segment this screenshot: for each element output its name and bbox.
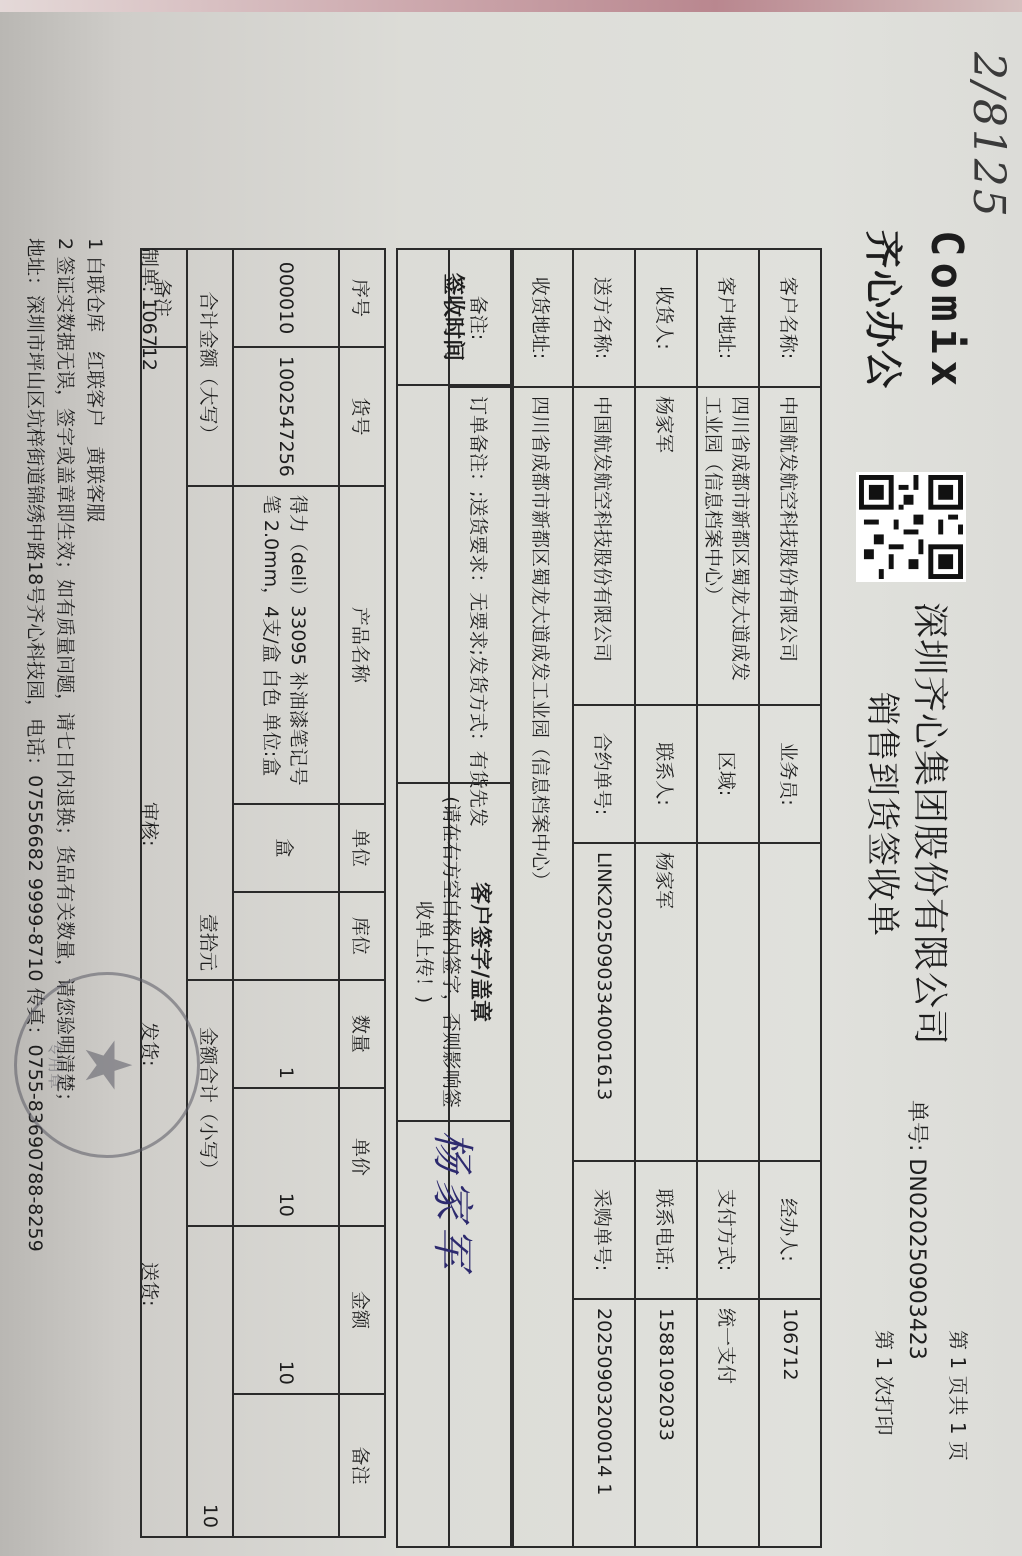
region xyxy=(697,843,759,1161)
maker: 制单: 106712 xyxy=(137,248,164,371)
row-seq: 000010 xyxy=(233,249,339,347)
company-name: 深圳齐心集团股份有限公司 xyxy=(907,602,958,1046)
maker-value: 106712 xyxy=(138,298,160,371)
logo-cn: 齐心办公 xyxy=(859,230,914,390)
company-stamp: ★ 专用章 xyxy=(14,972,200,1158)
handler-label: 经办人: xyxy=(759,1161,821,1299)
handwritten-note: 2/8125 xyxy=(963,52,1014,219)
remarks-row: 备注 xyxy=(141,249,187,1537)
contact-label: 联系人: xyxy=(635,705,697,843)
total-lower: 10 xyxy=(187,1226,233,1537)
row-note xyxy=(233,1394,339,1537)
table-header: 序号 货号 产品名称 单位 库位 数量 单价 金额 备注 xyxy=(339,249,385,1537)
total-upper-label: 合计金额（大写） xyxy=(187,249,233,486)
page-info: 第 1 页共 1 页 xyxy=(945,1330,974,1461)
doc-no-value: DN020250903423 xyxy=(904,1158,929,1359)
logo-comix: Comix xyxy=(921,230,972,392)
col-qty: 数量 xyxy=(339,980,385,1088)
print-count: 第 1 次打印 xyxy=(871,1330,900,1435)
contact: 杨家军 xyxy=(635,843,697,1161)
audit-label: 审核: xyxy=(137,802,164,846)
signature-table: 签收时间 客户签字/盖章 (请在右方空白格内签字，否则影响签收单上传！) 杨家军 xyxy=(396,248,514,1548)
receiver-label: 收货人: xyxy=(635,249,697,387)
sign-hint-title: 客户签字/盖章 xyxy=(467,792,498,1112)
row-amount: 10 xyxy=(233,1226,339,1394)
salesman-label: 业务员: xyxy=(759,705,821,843)
star-icon: ★ xyxy=(70,1036,144,1093)
row-qty: 1 xyxy=(233,980,339,1088)
remarks-value xyxy=(141,347,187,1537)
contract-number: LINK20250903340001613 xyxy=(573,843,635,1161)
table-row: 000010 1002547256 得力（deli）33095 补油漆笔记号笔 … xyxy=(233,249,339,1537)
col-name: 产品名称 xyxy=(339,486,385,804)
row-price: 10 xyxy=(233,1088,339,1226)
sender-label: 送方名称: xyxy=(573,249,635,387)
col-sku: 货号 xyxy=(339,347,385,486)
col-price: 单价 xyxy=(339,1088,385,1226)
sign-hint-body: (请在右方空白格内签字，否则影响签收单上传！) xyxy=(414,796,463,1107)
col-location: 库位 xyxy=(339,892,385,980)
maker-label: 制单: xyxy=(138,248,160,292)
receiver: 杨家军 xyxy=(635,387,697,705)
purchase-label: 采购单号: xyxy=(573,1161,635,1299)
document-title: 销售到货签收单 xyxy=(861,692,910,937)
payment-method: 统一支付 xyxy=(697,1299,759,1547)
delivery-receipt-page: 2/8125 Comix 齐心办公 深圳齐心集团股份有限公司 销售到货签收单 第… xyxy=(0,12,1022,1556)
document-number: 单号: DN020250903423 xyxy=(903,1100,934,1360)
delivery-label: 送货: xyxy=(137,1262,164,1306)
col-amount: 金额 xyxy=(339,1226,385,1394)
items-table: 序号 货号 产品名称 单位 库位 数量 单价 金额 备注 000010 1002… xyxy=(140,248,386,1538)
customer-name-label: 客户名称: xyxy=(759,249,821,387)
qr-code-icon xyxy=(856,472,966,582)
sign-time-label: 签收时间 xyxy=(397,249,513,385)
totals-row: 合计金额（大写） 壹拾元 金额合计（小写） 10 xyxy=(187,249,233,1537)
salesman xyxy=(759,843,821,1161)
sender: 中国航发航空科技股份有限公司 xyxy=(573,387,635,705)
phone-label: 联系电话: xyxy=(635,1161,697,1299)
sign-time-field[interactable] xyxy=(397,385,513,783)
signature-field[interactable]: 杨家军 xyxy=(397,1121,513,1547)
total-upper: 壹拾元 xyxy=(187,486,233,980)
region-label: 区域: xyxy=(697,705,759,843)
customer-name: 中国航发航空科技股份有限公司 xyxy=(759,387,821,705)
copy-distribution-note: 1 白联仓库 红联客户 黄联客服 xyxy=(83,238,110,522)
shipping-address: 四川省成都市新都区蜀龙大道成发工业园（信息档案中心） xyxy=(511,387,573,1547)
col-unit: 单位 xyxy=(339,804,385,892)
contract-label: 合约单号: xyxy=(573,705,635,843)
row-unit: 盒 xyxy=(233,804,339,892)
customer-address-label: 客户地址: xyxy=(697,249,759,387)
row-sku: 1002547256 xyxy=(233,347,339,486)
row-location xyxy=(233,892,339,980)
payment-label: 支付方式: xyxy=(697,1161,759,1299)
doc-no-label: 单号: xyxy=(904,1100,929,1151)
total-lower-label: 金额合计（小写） xyxy=(187,980,233,1226)
sign-hint: 客户签字/盖章 (请在右方空白格内签字，否则影响签收单上传！) xyxy=(397,783,513,1121)
purchase-number: 20250903200014 1 xyxy=(573,1299,635,1547)
col-note: 备注 xyxy=(339,1394,385,1537)
handler: 106712 xyxy=(759,1299,821,1547)
phone: 15881092033 xyxy=(635,1299,697,1547)
handwritten-signature: 杨家军 xyxy=(428,1130,477,1274)
row-name: 得力（deli）33095 补油漆笔记号笔 2.0mm，4支/盒 白色 单位:盒 xyxy=(233,486,339,804)
shipping-address-label: 收货地址: xyxy=(511,249,573,387)
stamp-text: 专用章 xyxy=(45,975,68,1155)
col-seq: 序号 xyxy=(339,249,385,347)
customer-address: 四川省成都市新都区蜀龙大道成发工业园（信息档案中心） xyxy=(697,387,759,705)
